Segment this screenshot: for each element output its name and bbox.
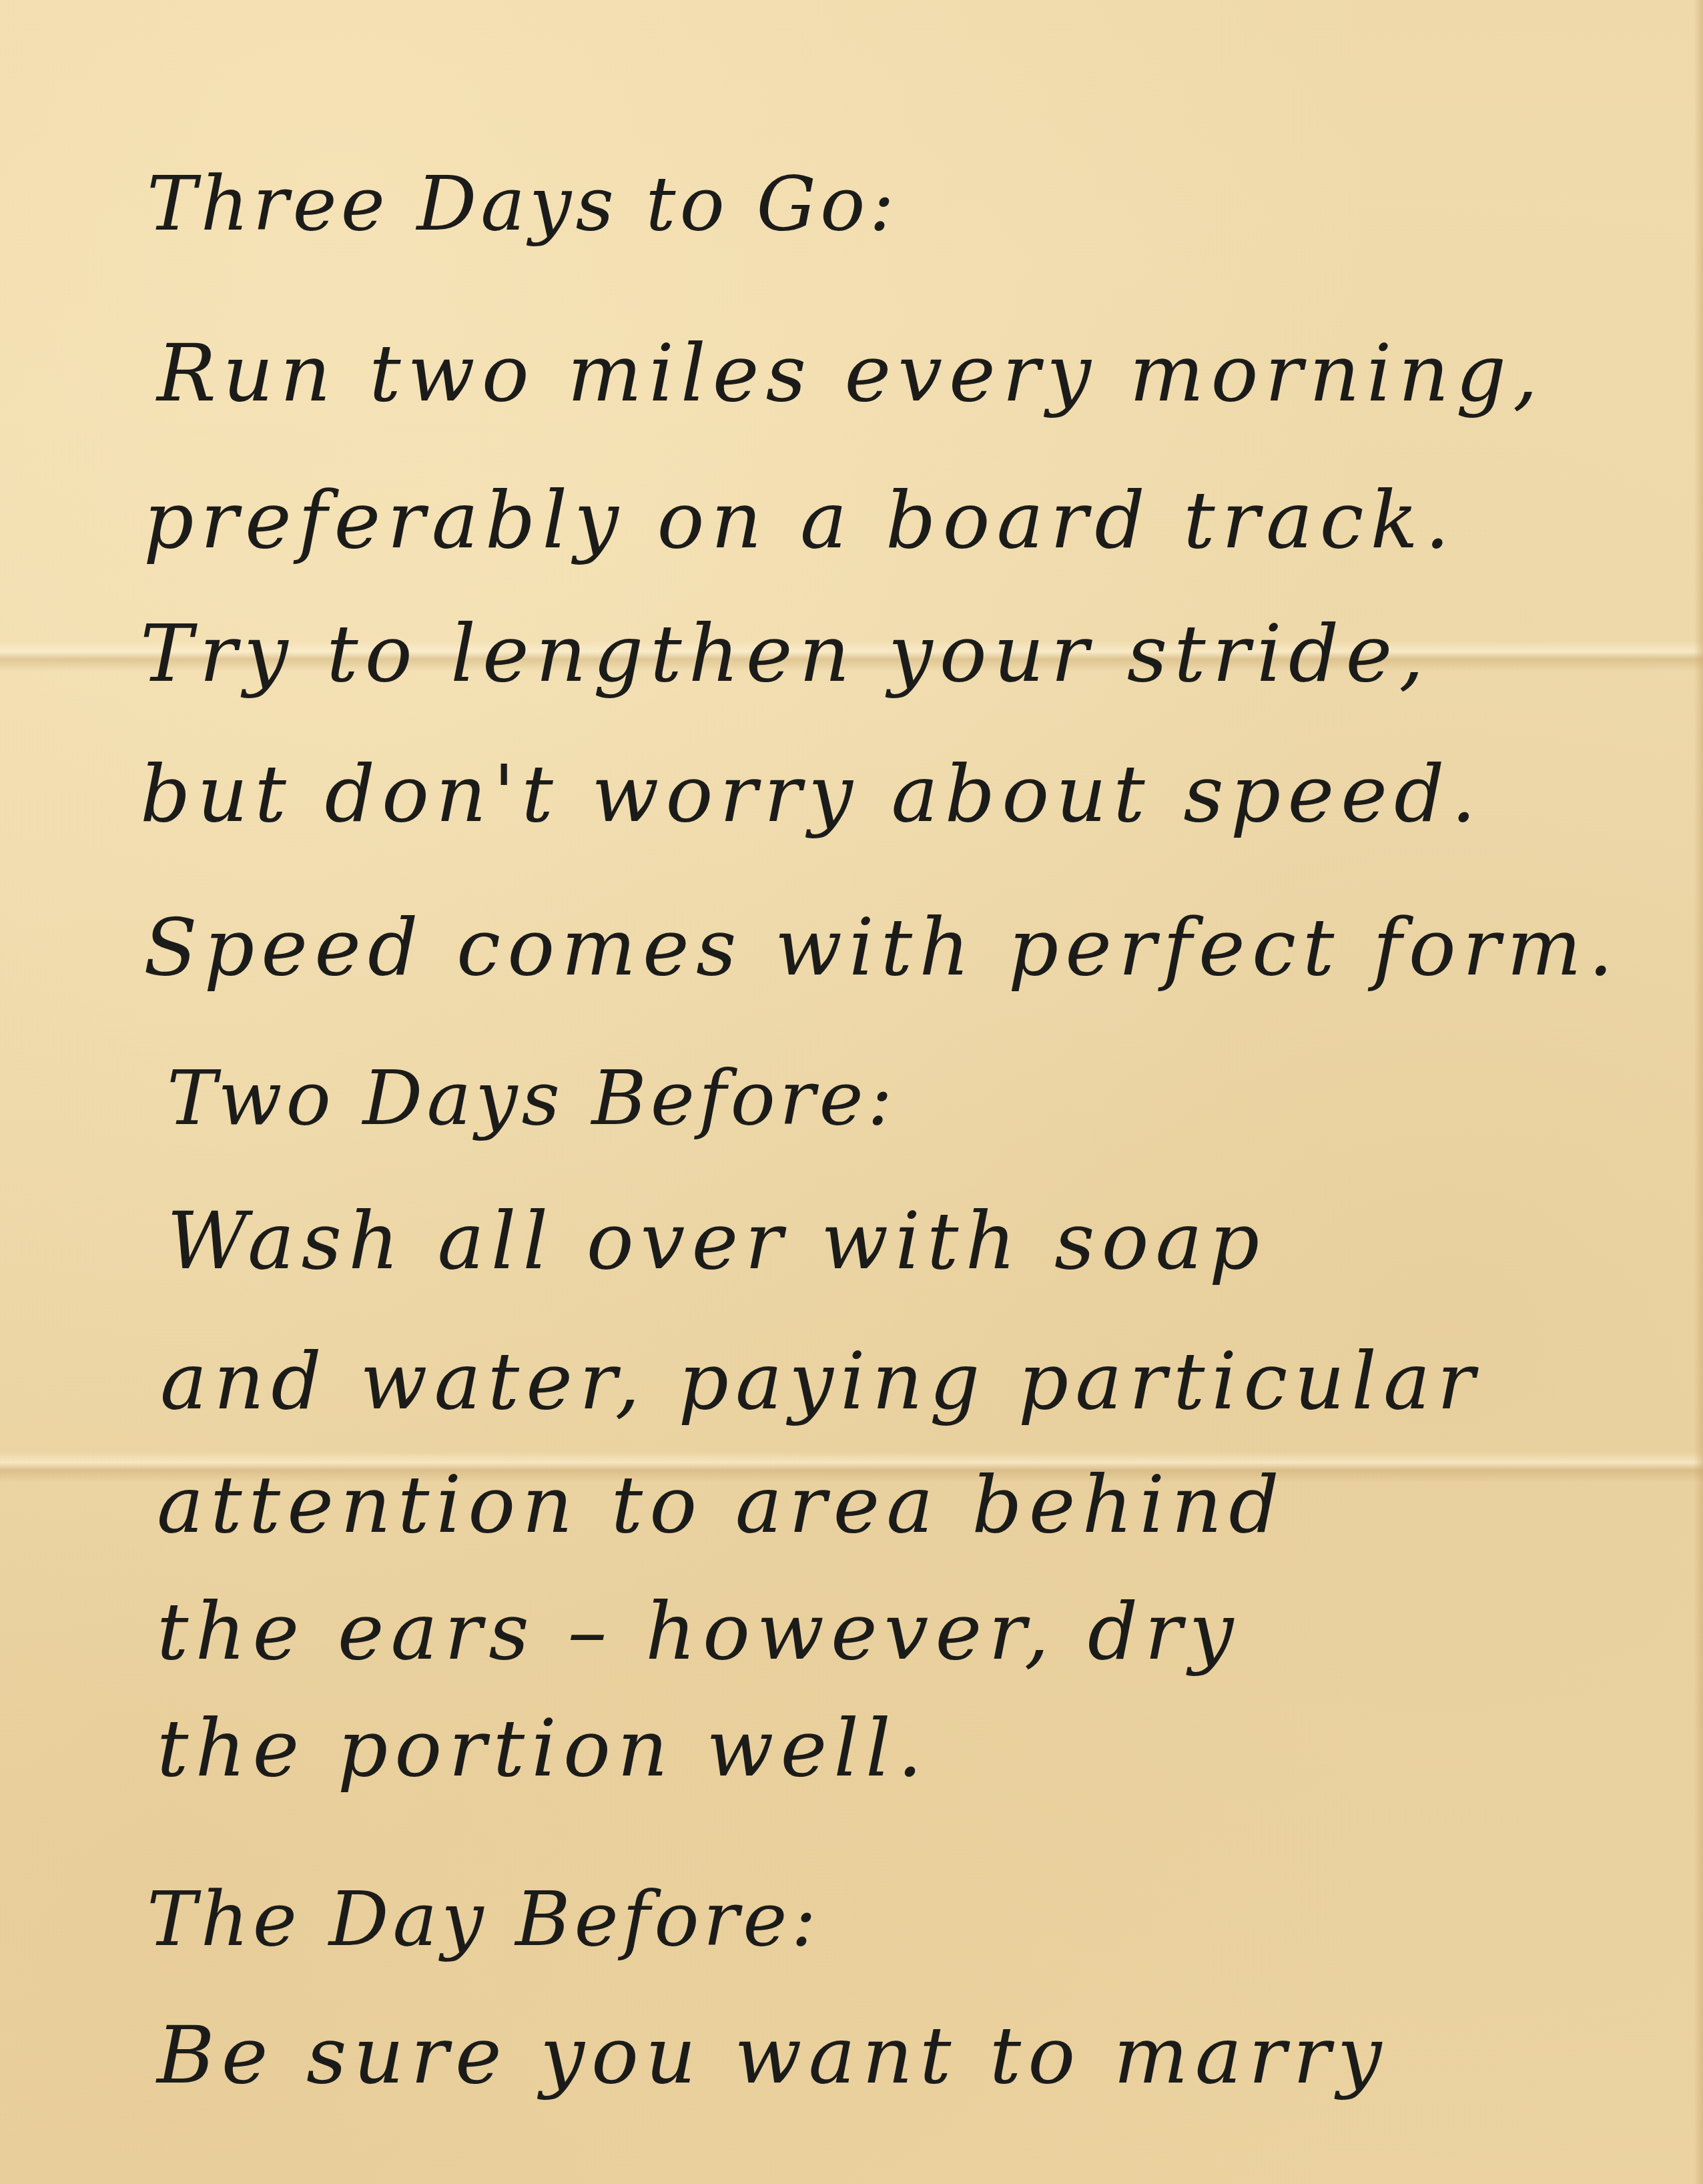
letter-line: Wash all over with soap [167,1201,1266,1280]
letter-line: preferably on a board track. [143,481,1457,559]
letter-line: the portion well. [157,1709,929,1788]
letter-line: but don't worry about speed. [140,754,1483,833]
letter-line: Be sure you want to marry [157,2016,1389,2095]
section-heading-three-days: Three Days to Go: [147,167,898,242]
letter-page: Three Days to Go: Run two miles every mo… [0,0,1703,2184]
letter-line: attention to area behind [157,1465,1286,1544]
section-heading-two-days: Two Days Before: [167,1061,897,1136]
letter-line: and water, paying particular [160,1342,1481,1420]
letter-line: Try to lengthen your stride, [140,614,1431,693]
letter-line: Speed comes with perfect form. [143,908,1620,987]
paper-edge [1694,0,1703,2184]
section-heading-day-before: The Day Before: [147,1882,820,1957]
letter-line: the ears – however, dry [157,1592,1240,1671]
letter-line: Run two miles every morning, [157,334,1545,413]
